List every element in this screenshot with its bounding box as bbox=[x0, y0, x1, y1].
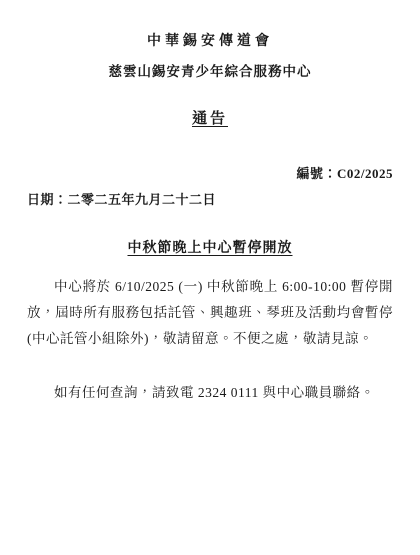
enquiry-paragraph: 如有任何查詢，請致電 2324 0111 與中心職員聯絡。 bbox=[27, 380, 393, 406]
doc-type-label: 通告 bbox=[192, 111, 228, 127]
center-name: 慈雲山錫安青少年綜合服務中心 bbox=[27, 64, 393, 80]
notice-document: 中華錫安傳道會 慈雲山錫安青少年綜合服務中心 通告 編號：C02/2025 日期… bbox=[0, 0, 420, 555]
date-line: 日期：二零二五年九月二十二日 bbox=[27, 192, 393, 208]
notice-body-paragraph: 中心將於 6/10/2025 (一) 中秋節晚上 6:00-10:00 暫停開放… bbox=[27, 274, 393, 352]
doc-type-heading: 通告 bbox=[27, 111, 393, 128]
subject-title: 中秋節晚上中心暫停開放 bbox=[128, 241, 293, 256]
subject-heading: 中秋節晚上中心暫停開放 bbox=[27, 240, 393, 257]
organization-name: 中華錫安傳道會 bbox=[27, 34, 393, 50]
reference-number: 編號：C02/2025 bbox=[27, 166, 393, 181]
